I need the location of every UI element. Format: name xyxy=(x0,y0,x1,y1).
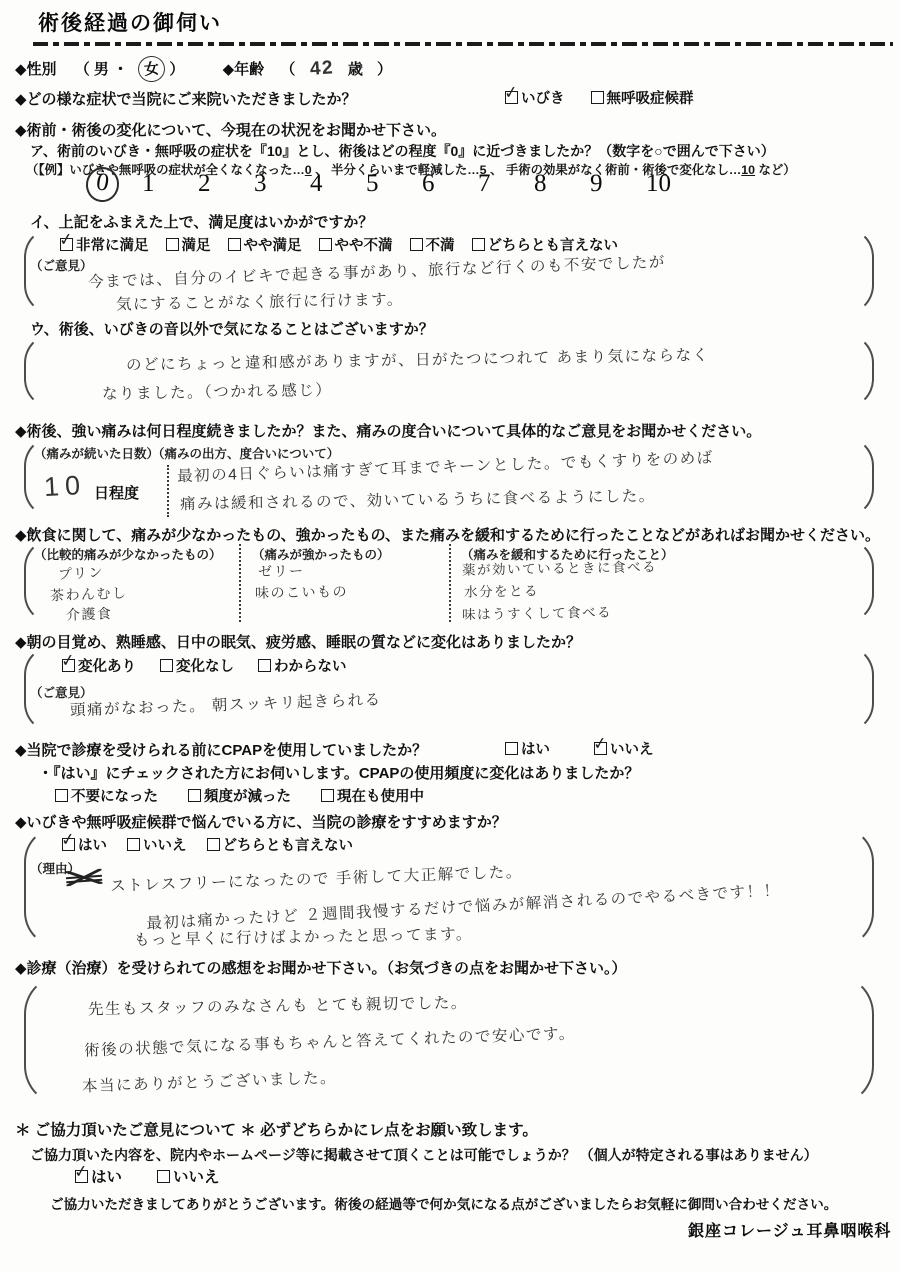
opt-fuyou: 不要になった xyxy=(55,785,158,806)
opt-henka-ari: 変化あり xyxy=(62,655,136,676)
opt-genzai-shiyou: 現在も使用中 xyxy=(321,785,424,806)
opinion-label: （ご意見） xyxy=(30,256,93,274)
hand-circle-mark: 0 xyxy=(83,165,121,205)
checkbox xyxy=(207,838,220,851)
cpap-question1: ◆当院で診療を受けられる前にCPAPを使用していましたか？ xyxy=(15,739,427,760)
cpap-q1-options: はい いいえ xyxy=(505,738,654,759)
scale-9: 9 xyxy=(590,170,646,205)
opt-susume-hai: はい xyxy=(62,834,107,855)
checkbox xyxy=(166,238,179,251)
gender-close-paren: ） xyxy=(169,61,184,78)
satisfaction-options: 非常に満足 満足 やや満足 やや不満 不満 どちらとも言えない xyxy=(60,234,618,255)
scale-0-selected: 0 xyxy=(86,170,142,205)
handwritten-comment: 痛みは緩和されるので、効いているうちに食べるようにした。 xyxy=(180,484,656,514)
consent-question: ご協力頂いた内容を、院内やホームページ等に掲載させて頂くことは可能でしょうか？ … xyxy=(30,1145,818,1165)
opt-hindo-hetta: 頻度が減った xyxy=(188,785,291,806)
checkbox xyxy=(75,1170,88,1183)
handwritten-comment: 先生もスタッフのみなさんも とても親切でした。 xyxy=(88,991,468,1020)
checkbox xyxy=(188,789,201,802)
checkbox xyxy=(157,1170,170,1183)
checkbox-mukokyuu xyxy=(591,91,604,104)
gender-female-circled: 女 xyxy=(137,55,166,83)
checkbox xyxy=(472,238,485,251)
sleep-options: 変化あり 変化なし わからない xyxy=(62,655,347,676)
checkbox xyxy=(55,789,68,802)
opt-henka-nashi: 変化なし xyxy=(160,655,234,676)
symptom-option-mukokyuu: 無呼吸症候群 xyxy=(591,87,694,108)
symptom-options: いびき 無呼吸症候群 xyxy=(505,87,694,108)
symptom-option-ibiki: いびき xyxy=(505,87,565,108)
age-unit: 歳 xyxy=(348,61,363,78)
satisfaction-box: 非常に満足 満足 やや満足 やや不満 不満 どちらとも言えない （ご意見） 今ま… xyxy=(24,227,874,315)
age-value-handwritten: 42 xyxy=(309,57,335,81)
dashed-separator xyxy=(33,42,893,46)
opt-susume-dochira: どちらとも言えない xyxy=(207,834,354,855)
clinic-name: 銀座コレージュ耳鼻咽喉科 xyxy=(688,1218,891,1241)
food-col1-label: （比較的痛みが少なかったもの） xyxy=(34,545,222,563)
opt-cpap-hai: はい xyxy=(505,738,550,759)
opt-keisai-hai: はい xyxy=(75,1165,122,1187)
rating-scale: 0 1 2 3 4 5 6 7 8 9 10 xyxy=(86,170,702,205)
checkbox xyxy=(410,238,423,251)
handwritten-item: 薬が効いているときに食べる xyxy=(462,555,657,578)
opt-yaya-manzoku: やや満足 xyxy=(228,234,302,255)
handwritten-comment: 気にすることがなく旅行に行けます。 xyxy=(116,287,404,314)
checkbox xyxy=(505,742,518,755)
handwritten-comment: なりました。（つかれる感じ） xyxy=(102,378,333,404)
change-heading: ◆術前・術後の変化について、今現在の状況をお聞かせ下さい。 xyxy=(15,119,446,140)
scale-4: 4 xyxy=(310,170,366,205)
opt-cpap-iie: いいえ xyxy=(594,738,654,759)
vertical-dotted-divider xyxy=(449,544,451,622)
checkbox xyxy=(127,838,140,851)
scale-8: 8 xyxy=(534,170,590,205)
age-open-paren: （ xyxy=(280,61,295,78)
handwritten-comment: 頭痛がなおった。 朝スッキリ起きられる xyxy=(70,688,382,721)
handwritten-item: 茶わんむし xyxy=(50,583,128,606)
checkbox xyxy=(258,659,271,672)
recommend-options: はい いいえ どちらとも言えない xyxy=(62,834,353,855)
scanned-questionnaire: 術後経過の御伺い ◆性別 （ 男 ・ 女 ） ◆年齢 （ 42 歳 ） ◆どの様… xyxy=(0,0,900,1273)
handwritten-comment: 術後の状態で気になる事もちゃんと答えてくれたので安心です。 xyxy=(84,1021,576,1060)
handwritten-comment: 今までは、自分のイビキで起きる事があり、旅行など行くのも不安でしたが xyxy=(88,250,666,292)
handwritten-item: 味のこいもの xyxy=(255,581,348,603)
opt-susume-iie: いいえ xyxy=(127,834,187,855)
handwritten-comment: 本当にありがとうございました。 xyxy=(82,1066,338,1097)
example-text: など） xyxy=(755,163,796,177)
page-title: 術後経過の御伺い xyxy=(38,7,222,37)
handwritten-item: ゼリー xyxy=(258,561,305,582)
handwritten-item: 水分をとる xyxy=(464,579,539,600)
gender-options-text: （ 男 ・ xyxy=(75,61,128,78)
opt-fuman: 不満 xyxy=(410,234,455,255)
opt-keisai-iie: いいえ xyxy=(157,1165,220,1187)
opt-hijouni-manzoku: 非常に満足 xyxy=(60,234,149,255)
checkbox xyxy=(62,838,75,851)
age-close-paren: ） xyxy=(377,61,392,78)
scale-7: 7 xyxy=(478,170,534,205)
opt-wakaranai: わからない xyxy=(258,655,347,676)
handwritten-comment: もっと早くに行けばよかったと思ってます。 xyxy=(134,922,473,950)
pain-days-label: （痛みが続いた日数） xyxy=(34,444,159,462)
cpap-question2: ・『はい』にチェックされた方にお伺いします。CPAPの使用頻度に変化はありました… xyxy=(38,762,639,783)
handwritten-item: 味はうすくして食べる xyxy=(462,601,612,624)
scale-1: 1 xyxy=(142,170,198,205)
scale-3: 3 xyxy=(254,170,310,205)
scale-6: 6 xyxy=(422,170,478,205)
handwritten-item: 介護食 xyxy=(66,603,113,625)
concerns-box: のどにちょっと違和感がありますが、日がたつにつれて あまり気にならなく なりまし… xyxy=(24,333,874,409)
opt-yaya-fuman: やや不満 xyxy=(319,234,393,255)
example-num-10: 10 xyxy=(741,163,755,177)
scale-2: 2 xyxy=(198,170,254,205)
consent-heading: ＊ ご協力頂いたご意見について ＊ 必ずどちらかにレ点をお願い致します。 xyxy=(15,1118,538,1140)
impressions-box: 先生もスタッフのみなさんも とても親切でした。 術後の状態で気になる事もちゃんと… xyxy=(24,974,874,1106)
recommend-box: はい いいえ どちらとも言えない （理由） ストレスフリーになったので 手術して… xyxy=(24,826,874,948)
pain-days-unit: 日程度 xyxy=(94,482,139,503)
pain-days-handwritten: 10 xyxy=(43,470,87,503)
opt-manzoku: 満足 xyxy=(166,234,211,255)
checkbox-label: いびき xyxy=(521,87,565,108)
food-box: （比較的痛みが少なかったもの） （痛みが強かったもの） （痛みを緩和するために行… xyxy=(24,538,874,624)
cpap-q2-options: 不要になった 頻度が減った 現在も使用中 xyxy=(55,785,424,806)
age-label: ◆年齢 xyxy=(223,61,265,78)
checkbox-label: 無呼吸症候群 xyxy=(607,87,694,108)
profile-row: ◆性別 （ 男 ・ 女 ） ◆年齢 （ 42 歳 ） xyxy=(15,56,392,82)
footer-thanks: ご協力いただきましてありがとうございます。術後の経過等で何か気になる点がございま… xyxy=(50,1193,837,1213)
vertical-dotted-divider xyxy=(167,465,169,517)
sleep-box: 変化あり 変化なし わからない （ご意見） 頭痛がなおった。 朝スッキリ起きられ… xyxy=(24,645,874,733)
checkbox xyxy=(321,789,334,802)
consent-options: はい いいえ xyxy=(75,1165,220,1187)
scribbled-out-word xyxy=(66,869,103,886)
gender-label: ◆性別 xyxy=(15,61,57,78)
checkbox xyxy=(60,238,73,251)
change-question-a: ア、術前のいびき・無呼吸の症状を『10』とし、術後はどの程度『0』に近づきました… xyxy=(30,141,775,161)
handwritten-item: プリン xyxy=(58,562,105,584)
checkbox xyxy=(228,238,241,251)
checkbox xyxy=(160,659,173,672)
handwritten-comment: ストレスフリーになったので 手術して大正解でした。 xyxy=(110,860,523,896)
symptom-question: ◆どの様な症状で当院にご来院いただきましたか？ xyxy=(15,88,357,109)
checkbox xyxy=(62,659,75,672)
checkbox xyxy=(319,238,332,251)
scale-5: 5 xyxy=(366,170,422,205)
scale-10: 10 xyxy=(646,170,702,205)
vertical-dotted-divider xyxy=(239,544,241,622)
checkbox-ibiki xyxy=(505,91,518,104)
pain-box: （痛みが続いた日数） （痛みの出方、度合いについて） 10 日程度 最初の4日ぐ… xyxy=(24,436,874,518)
checkbox xyxy=(594,742,607,755)
handwritten-comment: のどにちょっと違和感がありますが、日がたつにつれて あまり気にならなく xyxy=(126,343,710,375)
